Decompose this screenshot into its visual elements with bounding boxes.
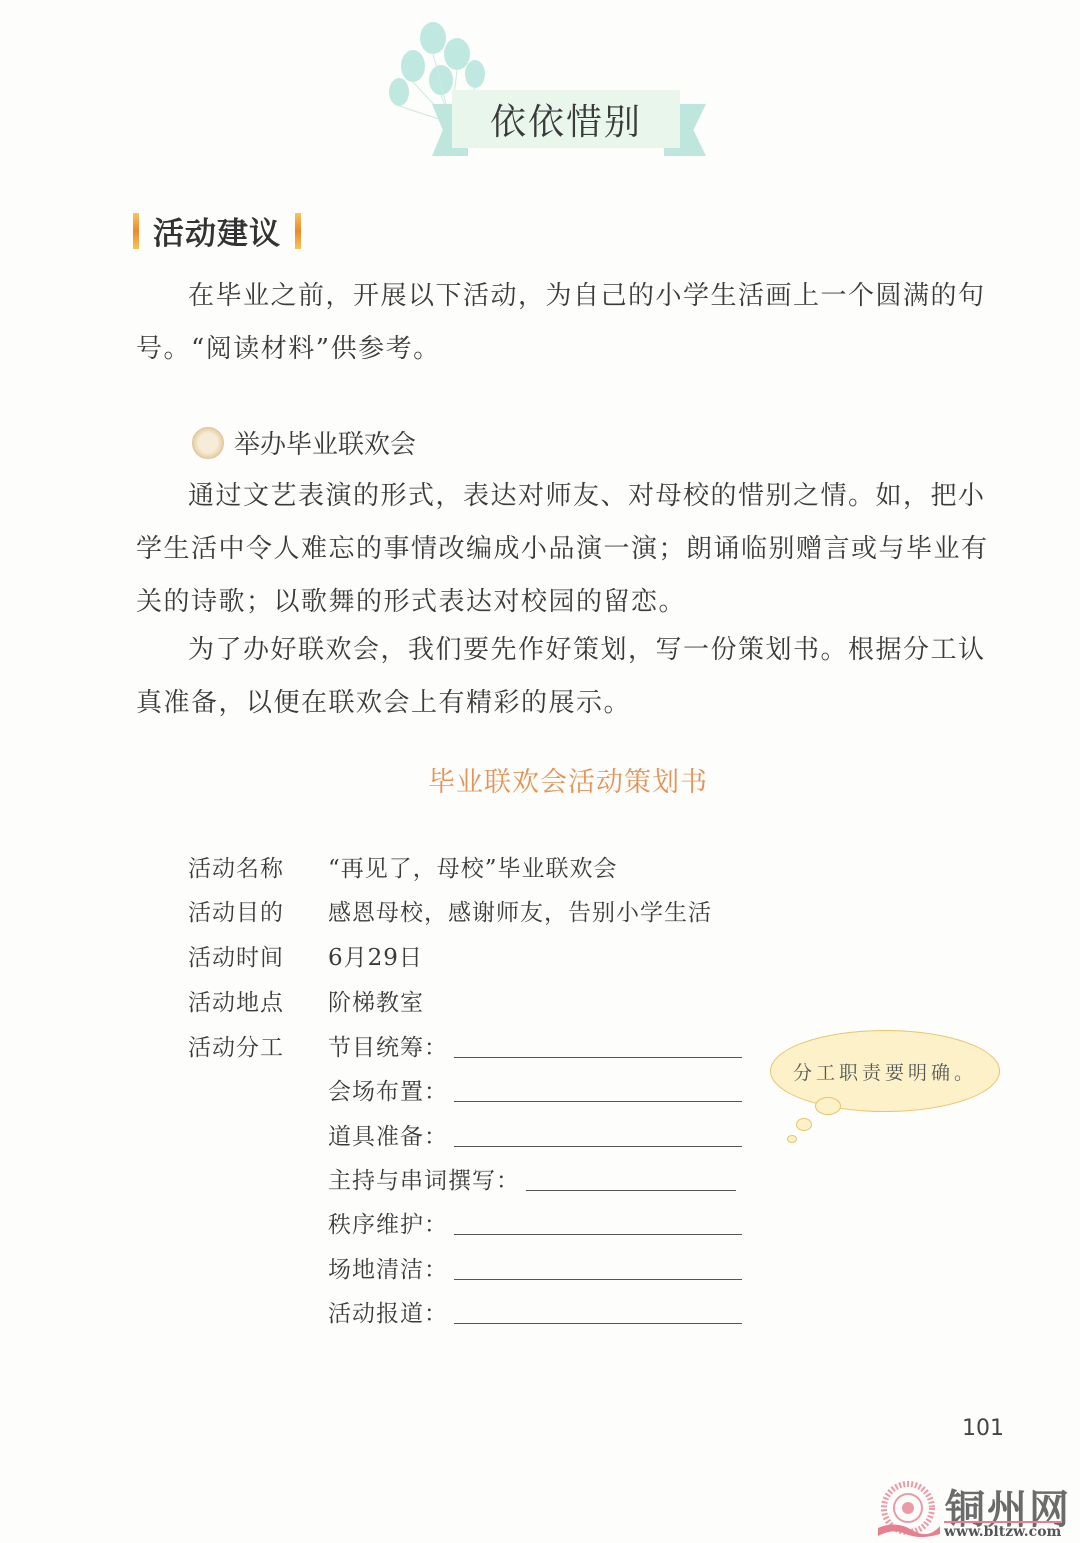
row-value: 感恩母校，感谢师友，告别小学生活 (328, 894, 712, 927)
row-value: “再见了，母校”毕业联欢会 (328, 850, 618, 883)
duty-label: 活动报道： (328, 1295, 448, 1328)
duty-host: 主持与串词撰写： (328, 1162, 736, 1195)
plan-row-location: 活动地点 阶梯教室 (188, 984, 424, 1017)
duty-blank[interactable] (454, 1145, 742, 1147)
duty-order: 秩序维护： (328, 1206, 742, 1239)
section-title: 活动建议 (153, 208, 281, 253)
duty-label: 主持与串词撰写： (328, 1162, 520, 1195)
plan-row-purpose: 活动目的 感恩母校，感谢师友，告别小学生活 (188, 894, 712, 927)
duty-report: 活动报道： (328, 1295, 742, 1328)
watermark-logo-icon (876, 1480, 940, 1540)
section-bar-right (295, 213, 301, 249)
duty-label: 节目统筹： (328, 1029, 448, 1062)
plan-row-time: 活动时间 6月29日 (188, 939, 423, 972)
plan-title: 毕业联欢会活动策划书 (0, 760, 1080, 799)
thought-bubble-text: 分工职责要明确。 (793, 1058, 977, 1085)
thought-bubble: 分工职责要明确。 (770, 1030, 1000, 1112)
duty-blank[interactable] (526, 1189, 736, 1191)
activity-paragraph-1: 通过文艺表演的形式，表达对师友、对母校的惜别之情。如，把小学生活中令人难忘的事情… (136, 470, 1006, 629)
page-number: 101 (962, 1416, 1004, 1441)
duty-label: 场地清洁： (328, 1251, 448, 1284)
plan-row-name: 活动名称 “再见了，母校”毕业联欢会 (188, 850, 618, 883)
duty-blank[interactable] (454, 1322, 742, 1324)
row-label: 活动分工 (188, 1029, 328, 1062)
bubble-dot-small (787, 1135, 797, 1143)
row-label: 活动地点 (188, 984, 328, 1017)
bubble-dot-medium (796, 1118, 812, 1131)
duty-label: 道具准备： (328, 1118, 448, 1151)
duty-blank[interactable] (454, 1278, 742, 1280)
activity-heading: 举办毕业联欢会 (192, 424, 416, 461)
intro-paragraph: 在毕业之前，开展以下活动，为自己的小学生活画上一个圆满的句号。“阅读材料”供参考… (136, 270, 1006, 376)
duty-label: 会场布置： (328, 1073, 448, 1106)
plan-row-duties: 活动分工 (188, 1029, 328, 1062)
duty-label: 秩序维护： (328, 1206, 448, 1239)
section-header: 活动建议 (133, 208, 301, 253)
row-value: 6月29日 (328, 939, 423, 972)
section-bar-left (133, 213, 139, 249)
duty-venue: 会场布置： (328, 1073, 742, 1106)
chapter-title: 依依惜别 (490, 94, 642, 145)
bubble-dot-large (815, 1097, 841, 1115)
activity-title: 举办毕业联欢会 (234, 424, 416, 461)
activity-paragraph-2: 为了办好联欢会，我们要先作好策划，写一份策划书。根据分工认真准备，以便在联欢会上… (136, 624, 1006, 730)
row-label: 活动目的 (188, 894, 328, 927)
duty-blank[interactable] (454, 1233, 742, 1235)
duty-cleaning: 场地清洁： (328, 1251, 742, 1284)
duty-props: 道具准备： (328, 1118, 742, 1151)
medal-icon (192, 427, 224, 459)
row-label: 活动时间 (188, 939, 328, 972)
chapter-banner: 依依惜别 (452, 90, 680, 148)
duty-blank[interactable] (454, 1056, 742, 1058)
duty-program: 节目统筹： (328, 1029, 742, 1062)
watermark-url: www.bltzw.com (944, 1521, 1061, 1540)
duty-blank[interactable] (454, 1100, 742, 1102)
row-label: 活动名称 (188, 850, 328, 883)
row-value: 阶梯教室 (328, 984, 424, 1017)
